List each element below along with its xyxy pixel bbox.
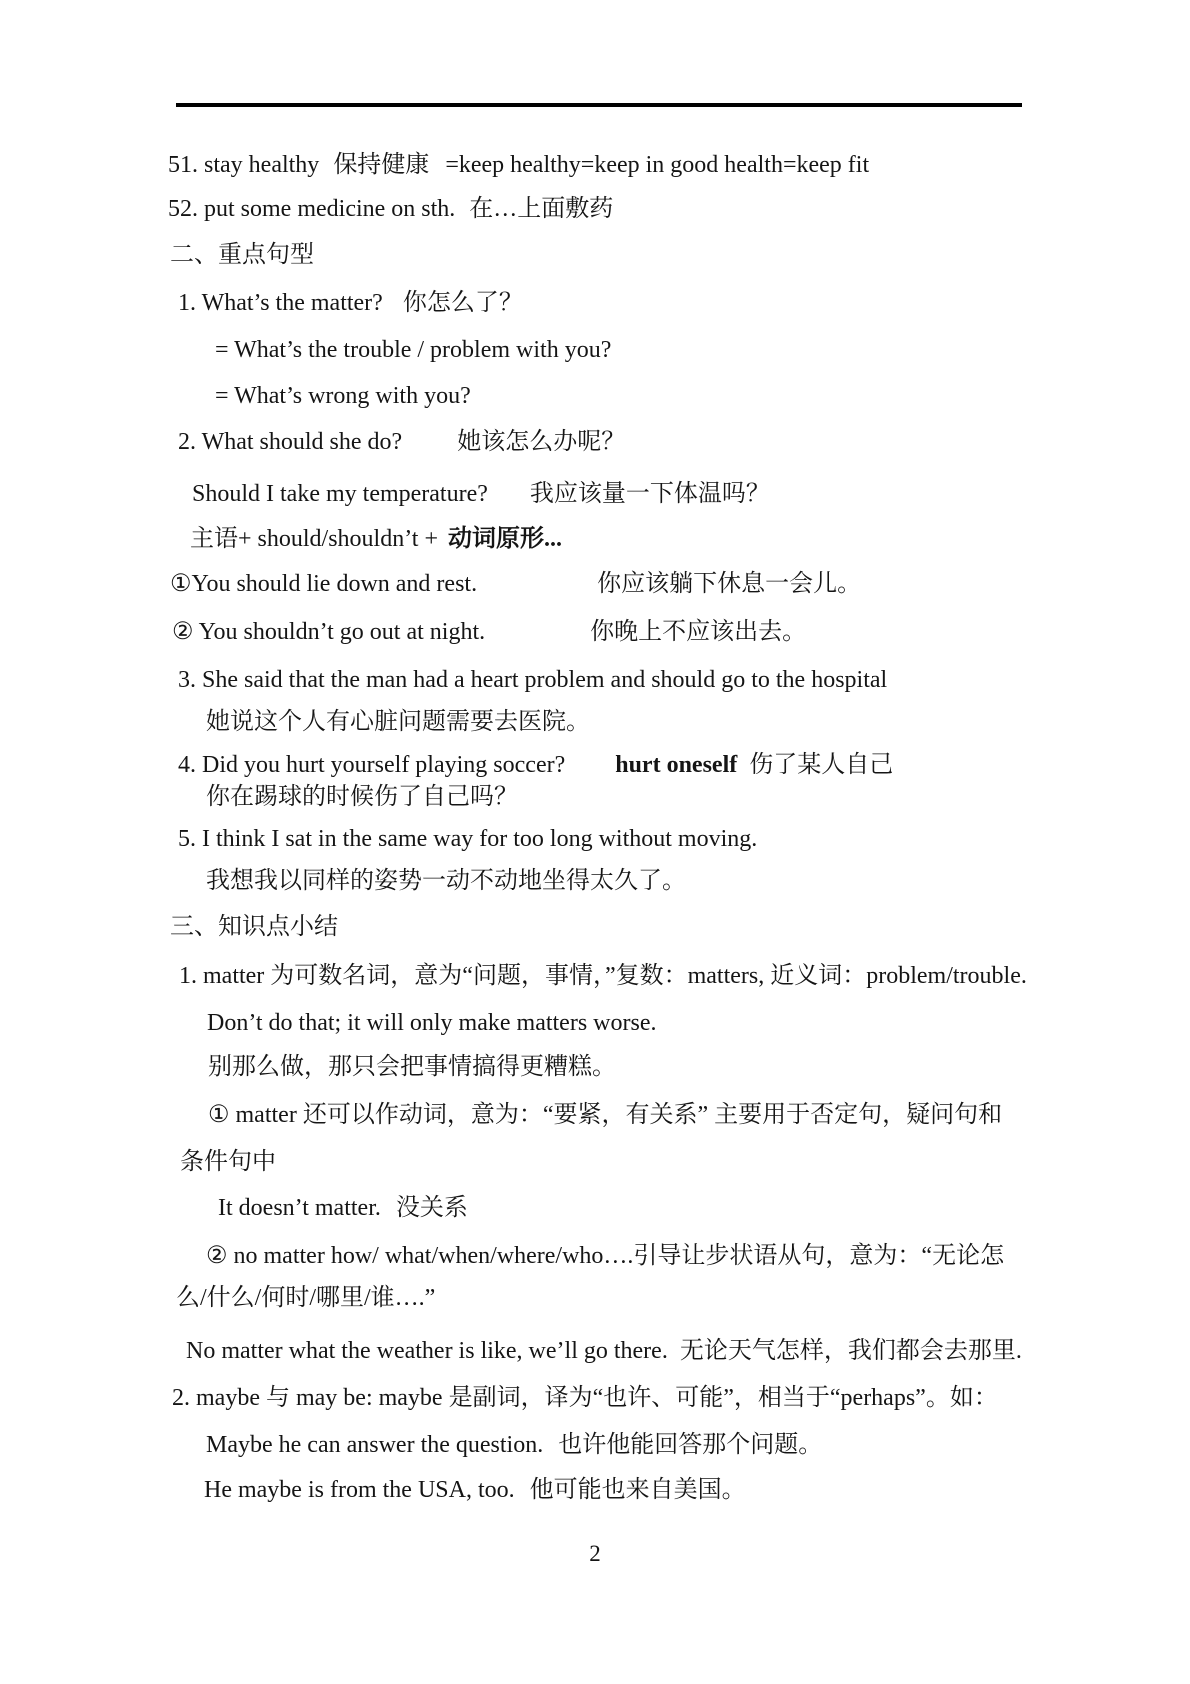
text-segment: 你晚上不应该出去。: [590, 619, 806, 645]
text-segment: 1. What’s the matter?: [178, 290, 383, 316]
phrase-51: 51. stay healthy保持健康=keep healthy=keep i…: [168, 150, 869, 180]
text-segment: 2. What should she do?: [178, 429, 402, 455]
note-1-matter: 1. matter 为可数名词，意为“问题，事情，”复数：matters, 近义…: [179, 961, 1027, 991]
text-segment: 你在踢球的时候伤了自己吗？: [206, 784, 518, 810]
text-segment: 么/什么/何时/哪里/谁….”: [176, 1285, 435, 1311]
section-3-heading: 三、知识点小结: [170, 912, 338, 942]
pattern-should: 主语+ should/shouldn’t +动词原形...: [190, 524, 562, 554]
example-1: ①You should lie down and rest.你应该躺下休息一会儿…: [170, 569, 861, 599]
note-2-maybe: 2. maybe 与 may be: maybe 是副词，译为“也许、可能”，相…: [172, 1383, 998, 1413]
note-1-sub-2-cont: 么/什么/何时/哪里/谁….”: [176, 1283, 435, 1313]
text-segment: 我应该量一下体温吗？: [530, 481, 770, 507]
text-segment: 主语+ should/shouldn’t +: [190, 526, 438, 552]
text-segment: Don’t do that; it will only make matters…: [207, 1010, 656, 1036]
text-segment: =keep healthy=keep in good health=keep f…: [445, 152, 869, 178]
example-2: ② You shouldn’t go out at night.你晚上不应该出去…: [172, 617, 806, 647]
sentence-1: 1. What’s the matter?你怎么了？: [178, 288, 523, 318]
text-segment: No matter what the weather is like, we’l…: [186, 1338, 668, 1364]
text-segment: 动词原形...: [448, 526, 562, 552]
text-segment: ② no matter how/ what/when/where/who….引导…: [206, 1243, 1004, 1269]
text-segment: 1. matter 为可数名词，意为“问题，事情，”复数：matters, 近义…: [179, 963, 1027, 989]
sentence-3: 3. She said that the man had a heart pro…: [178, 665, 887, 695]
note-1-example-translation: 别那么做，那只会把事情搞得更糟糕。: [208, 1052, 616, 1082]
text-segment: Should I take my temperature?: [192, 481, 488, 507]
text-segment: 51. stay healthy: [168, 152, 319, 178]
text-segment: 2. maybe 与 may be: maybe 是副词，译为“也许、可能”，相…: [172, 1385, 998, 1411]
text-segment: 在…上面敷药: [469, 196, 613, 222]
text-segment: Maybe he can answer the question.: [206, 1432, 543, 1458]
note-1-sub-2: ② no matter how/ what/when/where/who….引导…: [206, 1241, 1004, 1271]
sentence-3-translation: 她说这个人有心脏问题需要去医院。: [206, 707, 590, 737]
text-segment: ① matter 还可以作动词，意为：“要紧，有关系” 主要用于否定句，疑问句和: [208, 1102, 1002, 1128]
text-segment: 你应该躺下休息一会儿。: [597, 571, 861, 597]
sentence-4-translation: 你在踢球的时候伤了自己吗？: [206, 782, 518, 812]
text-segment: 没关系: [396, 1195, 468, 1221]
note-1-example: Don’t do that; it will only make matters…: [207, 1008, 656, 1038]
text-segment: 5. I think I sat in the same way for too…: [178, 826, 757, 852]
note-1-sub-2-example: No matter what the weather is like, we’l…: [186, 1336, 1022, 1366]
note-1-sub-1: ① matter 还可以作动词，意为：“要紧，有关系” 主要用于否定句，疑问句和: [208, 1100, 1002, 1130]
note-2-example-1: Maybe he can answer the question.也许他能回答那…: [206, 1430, 822, 1460]
text-segment: 也许他能回答那个问题。: [558, 1432, 822, 1458]
text-segment: = What’s wrong with you?: [215, 383, 471, 409]
text-segment: hurt oneself: [615, 752, 737, 778]
header-rule: [176, 103, 1022, 107]
text-segment: 三、知识点小结: [170, 914, 338, 940]
sentence-5-translation: 我想我以同样的姿势一动不动地坐得太久了。: [206, 866, 686, 896]
sentence-1-alt-2: = What’s wrong with you?: [215, 381, 471, 411]
document-page: 51. stay healthy保持健康=keep healthy=keep i…: [0, 0, 1190, 1684]
text-segment: 保持健康: [333, 152, 429, 178]
sentence-2: 2. What should she do?她该怎么办呢？: [178, 427, 625, 457]
text-segment: 她该怎么办呢？: [457, 429, 625, 455]
text-segment: 他可能也来自美国。: [530, 1477, 746, 1503]
text-segment: 3. She said that the man had a heart pro…: [178, 667, 887, 693]
page-number: 2: [0, 1540, 1190, 1568]
text-segment: = What’s the trouble / problem with you?: [215, 337, 611, 363]
text-segment: ② You shouldn’t go out at night.: [172, 619, 485, 645]
text-segment: 别那么做，那只会把事情搞得更糟糕。: [208, 1054, 616, 1080]
sentence-1-alt-1: = What’s the trouble / problem with you?: [215, 335, 611, 365]
note-1-sub-1-cont: 条件句中: [180, 1147, 276, 1177]
sentence-4: 4. Did you hurt yourself playing soccer?…: [178, 750, 893, 780]
text-segment: 52. put some medicine on sth.: [168, 196, 455, 222]
text-segment: It doesn’t matter.: [218, 1195, 381, 1221]
text-segment: He maybe is from the USA, too.: [204, 1477, 515, 1503]
text-segment: 条件句中: [180, 1149, 276, 1175]
sentence-2-example: Should I take my temperature?我应该量一下体温吗？: [192, 479, 770, 509]
text-segment: 她说这个人有心脏问题需要去医院。: [206, 709, 590, 735]
text-segment: 无论天气怎样，我们都会去那里.: [680, 1338, 1022, 1364]
text-segment: 伤了某人自己: [749, 752, 893, 778]
text-segment: 我想我以同样的姿势一动不动地坐得太久了。: [206, 868, 686, 894]
phrase-52: 52. put some medicine on sth.在…上面敷药: [168, 194, 613, 224]
text-segment: ①You should lie down and rest.: [170, 571, 477, 597]
sentence-5: 5. I think I sat in the same way for too…: [178, 824, 757, 854]
note-1-sub-1-example: It doesn’t matter.没关系: [218, 1193, 468, 1223]
note-2-example-2: He maybe is from the USA, too.他可能也来自美国。: [204, 1475, 746, 1505]
text-segment: 你怎么了？: [403, 290, 523, 316]
text-segment: 二、重点句型: [170, 242, 314, 268]
text-segment: 4. Did you hurt yourself playing soccer?: [178, 752, 565, 778]
section-2-heading: 二、重点句型: [170, 240, 314, 270]
